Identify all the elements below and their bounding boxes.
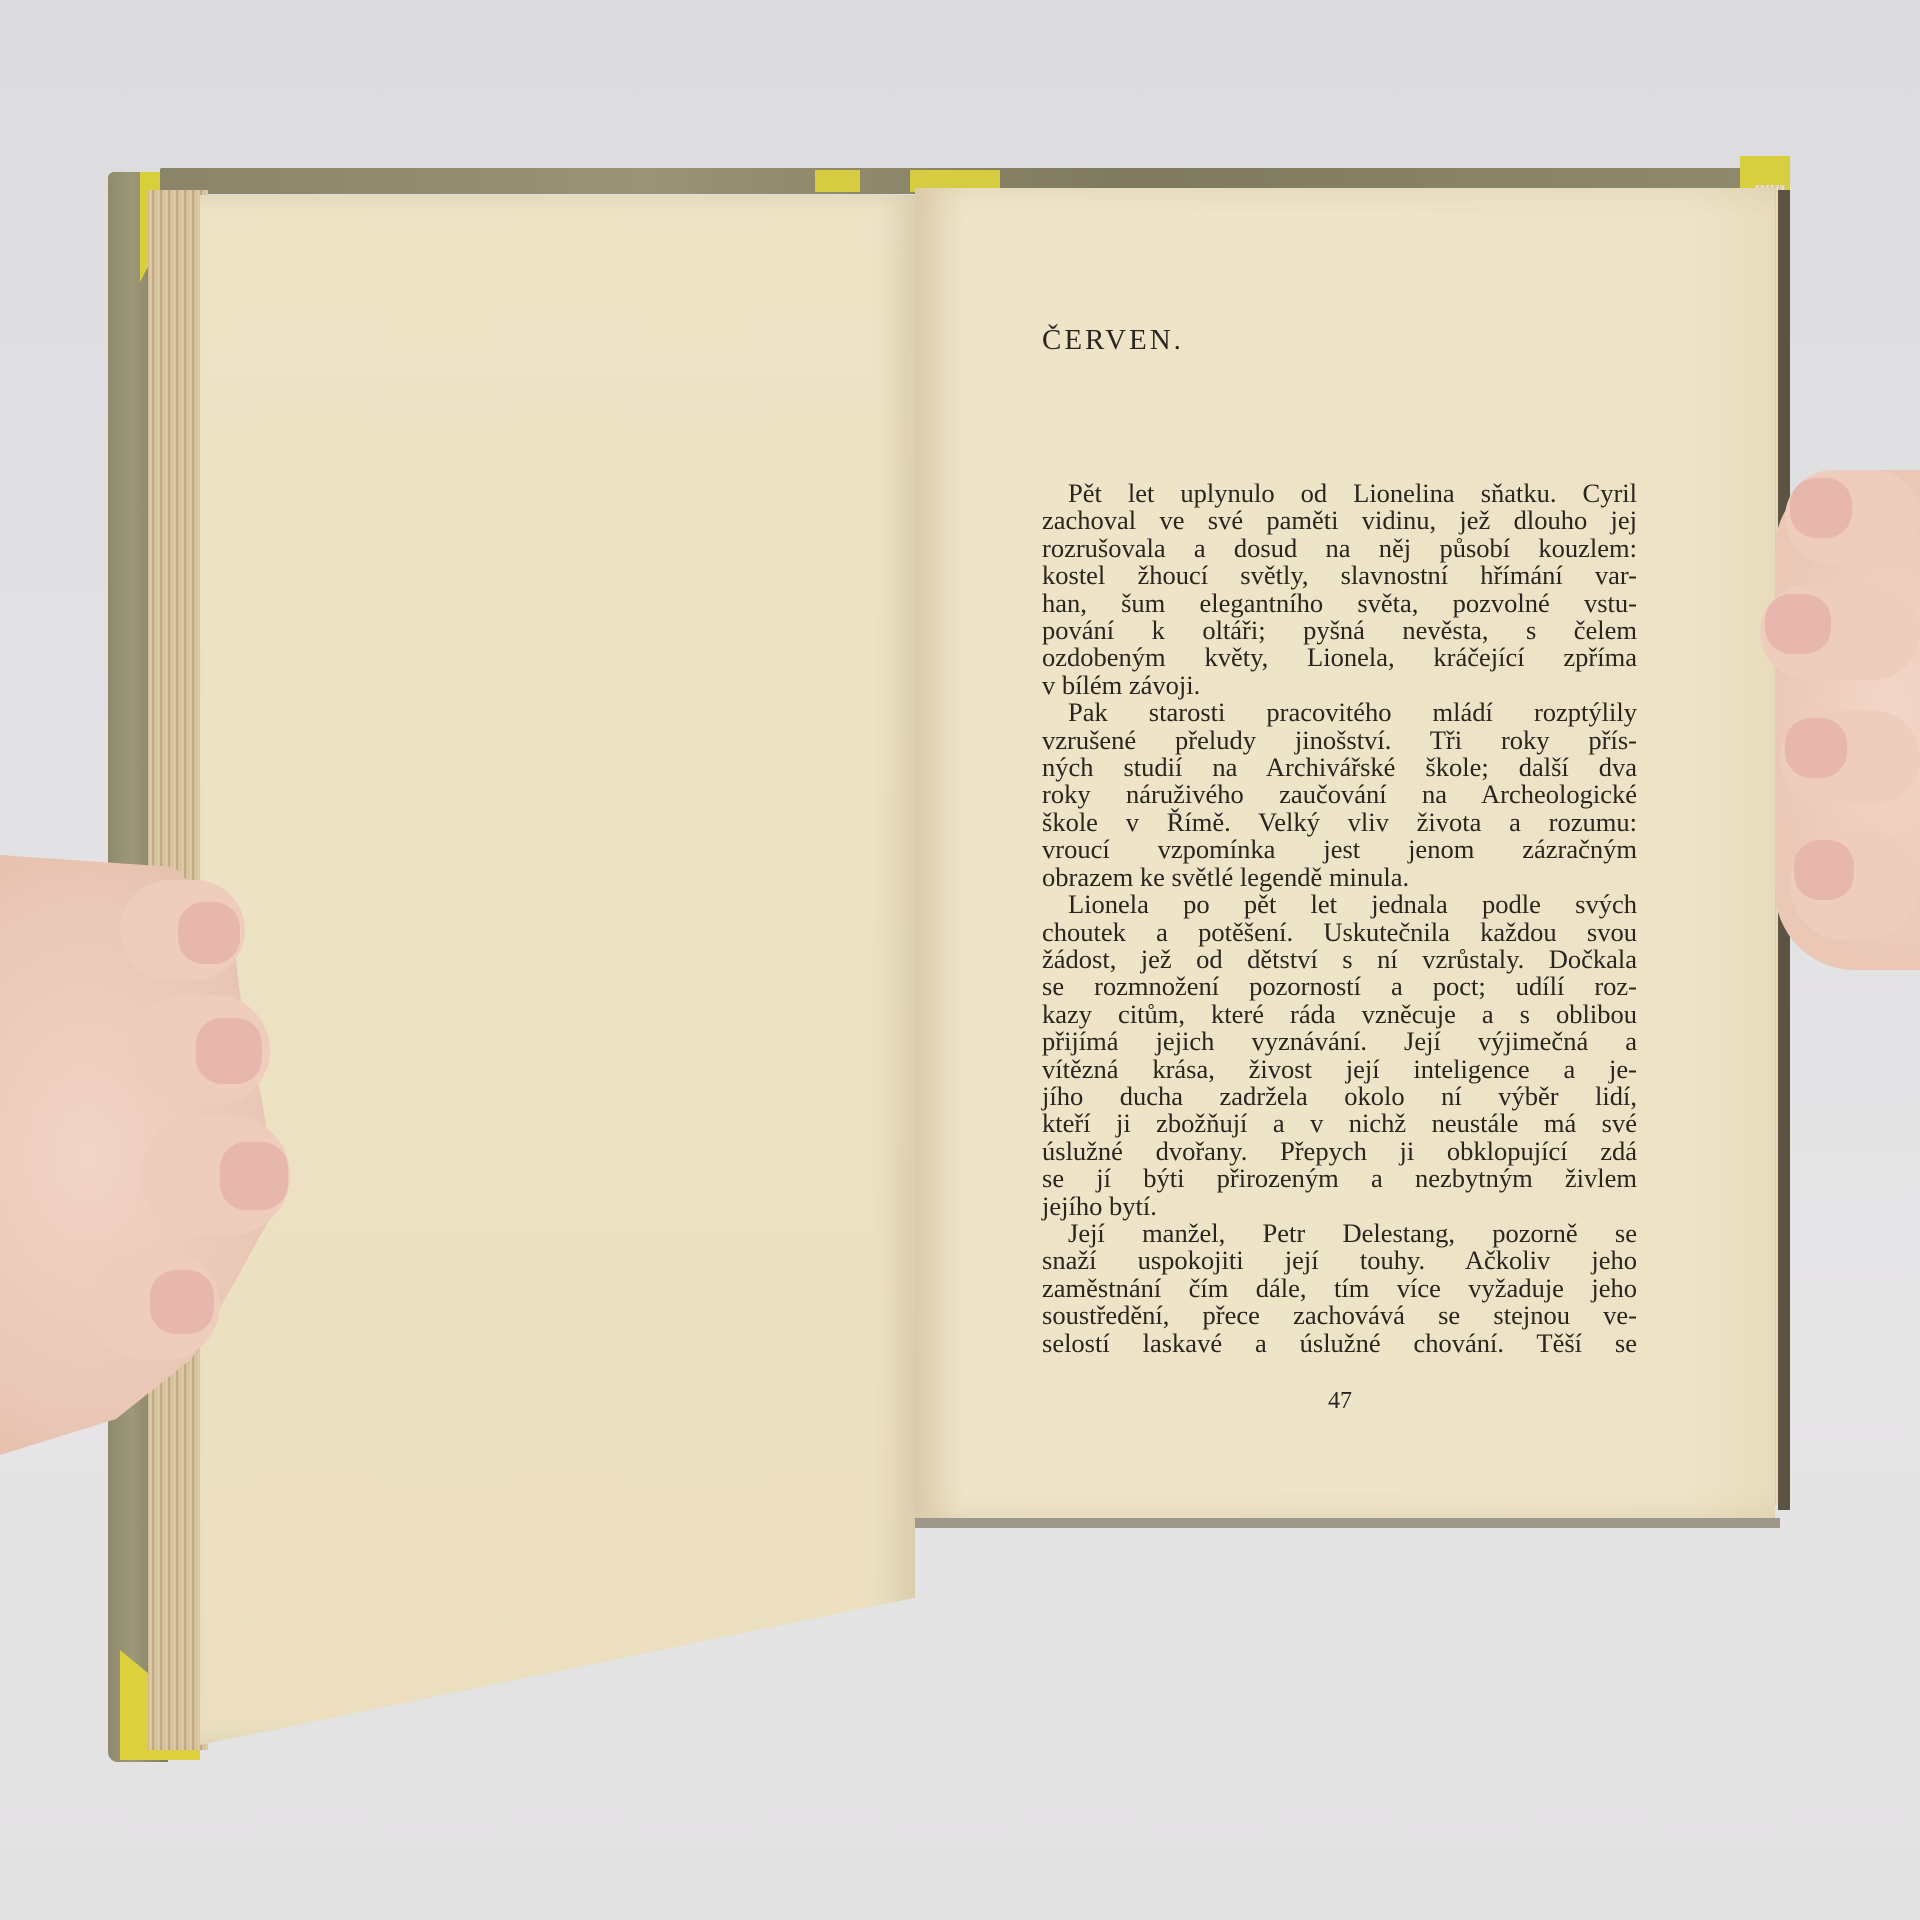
text-line: selostí laskavé a úslužné chování. Těší … [1042,1330,1637,1357]
fingernail [220,1142,288,1210]
text-line: se rozmnožení pozorností a poct; udílí r… [1042,973,1637,1000]
fingernail [196,1018,262,1084]
text-line: přijímá jejich vyznávání. Její výjimečná… [1042,1028,1637,1055]
page-body-text: Pět let uplynulo od Lionelina sňatku. Cy… [1042,480,1637,1357]
text-line: pování k oltáři; pyšná nevěsta, s čelem [1042,617,1637,644]
text-line: jejího bytí. [1042,1193,1637,1220]
page-number: 47 [1328,1388,1352,1415]
text-line: rozrušovala a dosud na něj působí kouzle… [1042,535,1637,562]
text-line: Její manžel, Petr Delestang, pozorně se [1042,1220,1637,1247]
text-line: soustředění, přece zachovává se stejnou … [1042,1302,1637,1329]
text-line: roky náruživého zaučování na Archeologic… [1042,781,1637,808]
text-line: úslužné dvořany. Přepych ji obklopující … [1042,1138,1637,1165]
text-line: kteří ji zbožňují a v nichž neustále má … [1042,1110,1637,1137]
text-line: škole v Římě. Velký vliv života a rozumu… [1042,809,1637,836]
fingernail [178,902,240,964]
text-line: se jí býti přirozeným a nezbytným živlem [1042,1165,1637,1192]
text-line: ozdobeným květy, Lionela, kráčející zpří… [1042,644,1637,671]
text-line: Pět let uplynulo od Lionelina sňatku. Cy… [1042,480,1637,507]
text-line: jího ducha zadržela okolo ní výběr lidí, [1042,1083,1637,1110]
text-line: obrazem ke světlé legendě minula. [1042,864,1637,891]
text-line: žádost, jež od dětství s ní vzrůstaly. D… [1042,946,1637,973]
headband-yellow [815,170,860,192]
page-shadow [915,1518,1780,1528]
text-line: kazy citům, které ráda vzněcuje a s obli… [1042,1001,1637,1028]
text-line: han, šum elegantního světa, pozvolné vst… [1042,590,1637,617]
fingernail [1785,718,1847,778]
text-line: vroucí vzpomínka jest jenom zázračným [1042,836,1637,863]
fingernail [150,1270,214,1334]
right-text-page[interactable]: ČERVEN. Pět let uplynulo od Lionelina sň… [915,188,1775,1518]
text-line: Pak starosti pracovitého mládí rozptýlil… [1042,699,1637,726]
text-line: Lionela po pět let jednala podle svých [1042,891,1637,918]
fingernail [1790,478,1852,538]
text-line: snaží uspokojiti její touhy. Ačkoliv jeh… [1042,1247,1637,1274]
text-line: kostel žhoucí světly, slavnostní hřímání… [1042,562,1637,589]
text-line: choutek a potěšení. Uskutečnila každou s… [1042,919,1637,946]
text-line: ných studií na Archivářské škole; další … [1042,754,1637,781]
text-line: zachoval ve své paměti vidinu, jež dlouh… [1042,507,1637,534]
text-line: vzrušené přeludy jinošství. Tři roky pří… [1042,727,1637,754]
fingernail [1794,840,1854,900]
fingernail [1765,594,1831,654]
text-line: vítězná krása, živost její inteligence a… [1042,1056,1637,1083]
text-line: v bílém závoji. [1042,672,1637,699]
left-blank-page[interactable] [200,195,915,1745]
chapter-title: ČERVEN. [1042,324,1184,357]
text-line: zaměstnání čím dále, tím více vyžaduje j… [1042,1275,1637,1302]
